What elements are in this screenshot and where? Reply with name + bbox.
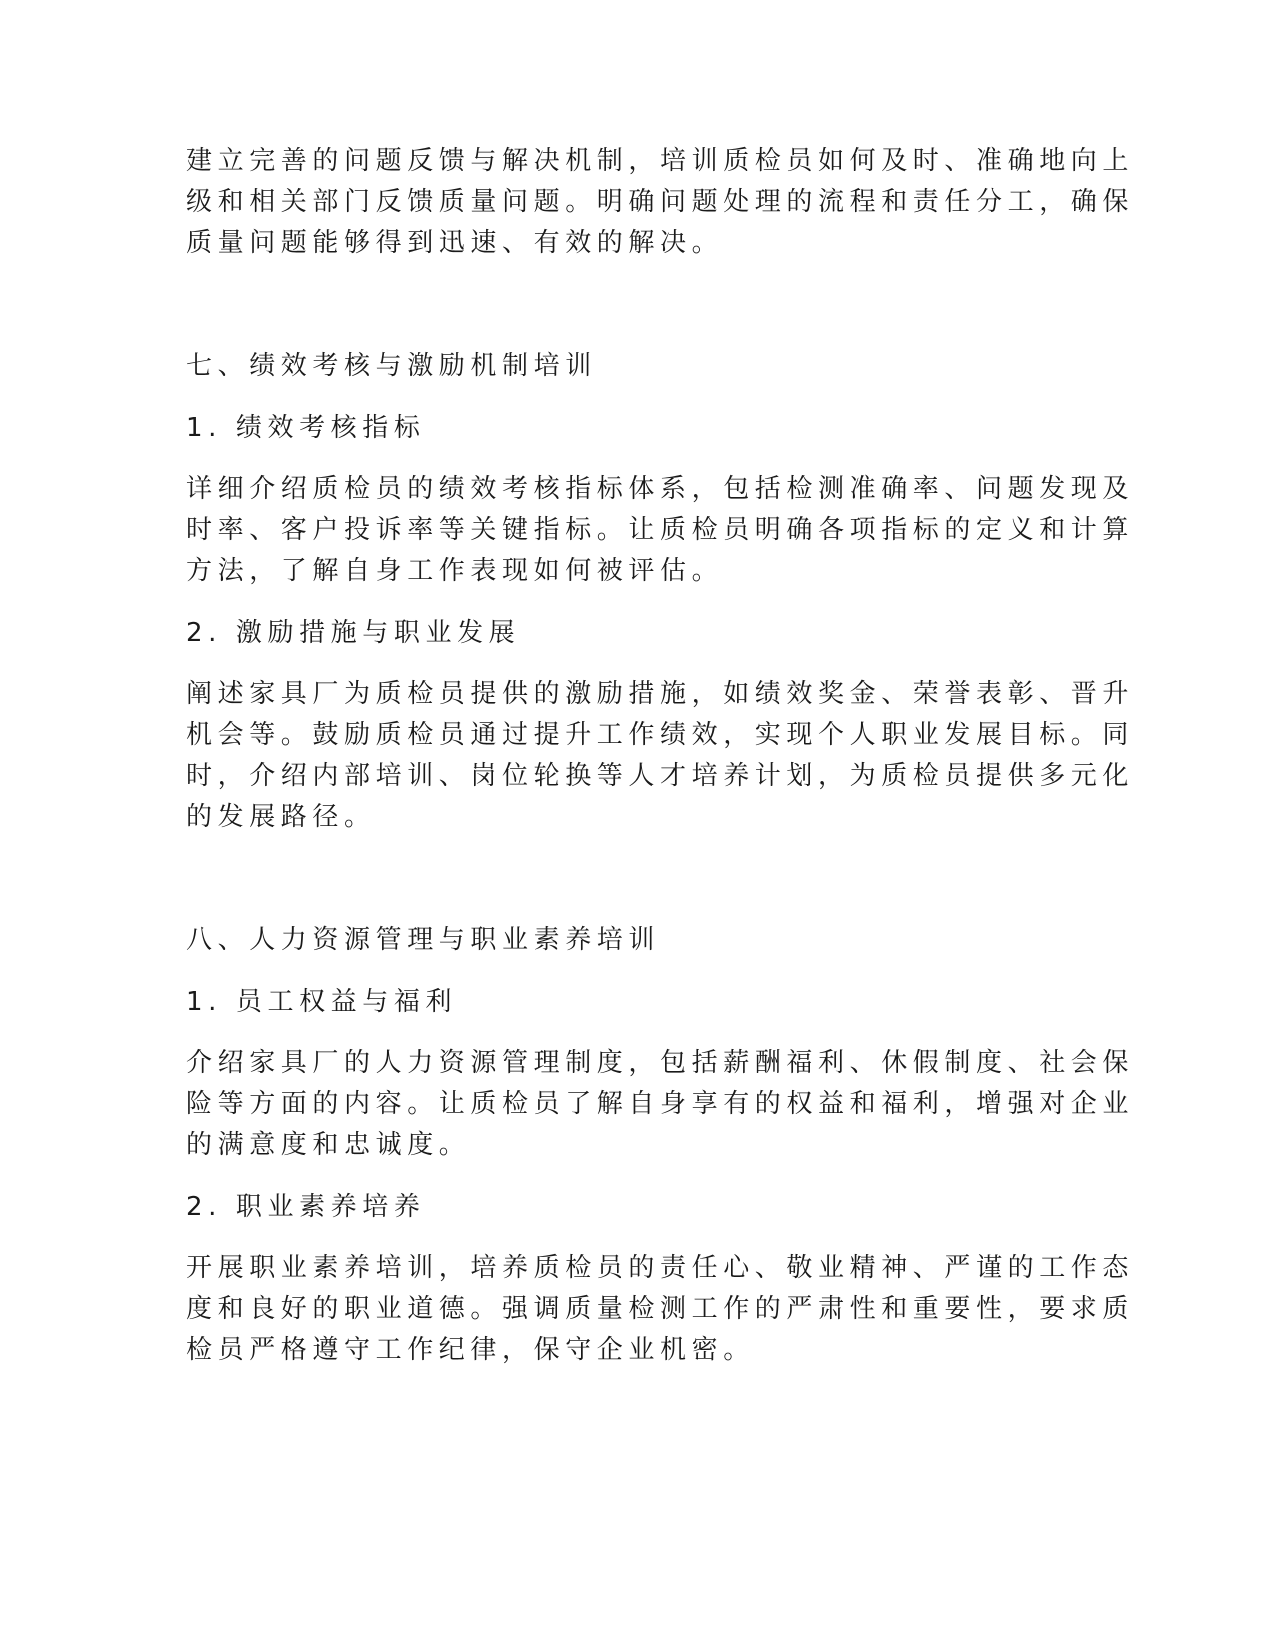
paragraph-line: 阐述家具厂为质检员提供的激励措施，如绩效奖金、荣誉表彰、晋升 [186,678,1134,710]
paragraph-line: 度和良好的职业道德。强调质量检测工作的严肃性和重要性，要求质 [186,1293,1134,1325]
sub-heading: 1. 员工权益与福利 [186,986,457,1018]
document-page: 建立完善的问题反馈与解决机制，培训质检员如何及时、准确地向上 级和相关部门反馈质… [0,0,1275,1650]
paragraph-line: 质量问题能够得到迅速、有效的解决。 [186,227,723,259]
paragraph-line: 时率、客户投诉率等关键指标。让质检员明确各项指标的定义和计算 [186,514,1134,546]
paragraph-line: 的发展路径。 [186,801,376,833]
paragraph-line: 详细介绍质检员的绩效考核指标体系，包括检测准确率、问题发现及 [186,473,1134,505]
paragraph-line: 级和相关部门反馈质量问题。明确问题处理的流程和责任分工，确保 [186,186,1134,218]
paragraph-line: 机会等。鼓励质检员通过提升工作绩效，实现个人职业发展目标。同 [186,719,1134,751]
sub-heading: 2. 职业素养培养 [186,1191,425,1223]
sub-heading: 2. 激励措施与职业发展 [186,617,520,649]
section-heading: 八、人力资源管理与职业素养培训 [186,924,660,956]
section-heading: 七、绩效考核与激励机制培训 [186,350,597,382]
paragraph-line: 开展职业素养培训，培养质检员的责任心、敬业精神、严谨的工作态 [186,1252,1134,1284]
paragraph-line: 检员严格遵守工作纪律，保守企业机密。 [186,1334,755,1366]
paragraph-line: 险等方面的内容。让质检员了解自身享有的权益和福利，增强对企业 [186,1088,1134,1120]
paragraph-line: 时，介绍内部培训、岗位轮换等人才培养计划，为质检员提供多元化 [186,760,1134,792]
paragraph-line: 方法，了解自身工作表现如何被评估。 [186,555,723,587]
paragraph-line: 建立完善的问题反馈与解决机制，培训质检员如何及时、准确地向上 [186,145,1134,177]
paragraph-line: 的满意度和忠诚度。 [186,1129,470,1161]
paragraph-line: 介绍家具厂的人力资源管理制度，包括薪酬福利、休假制度、社会保 [186,1047,1134,1079]
sub-heading: 1. 绩效考核指标 [186,412,425,444]
